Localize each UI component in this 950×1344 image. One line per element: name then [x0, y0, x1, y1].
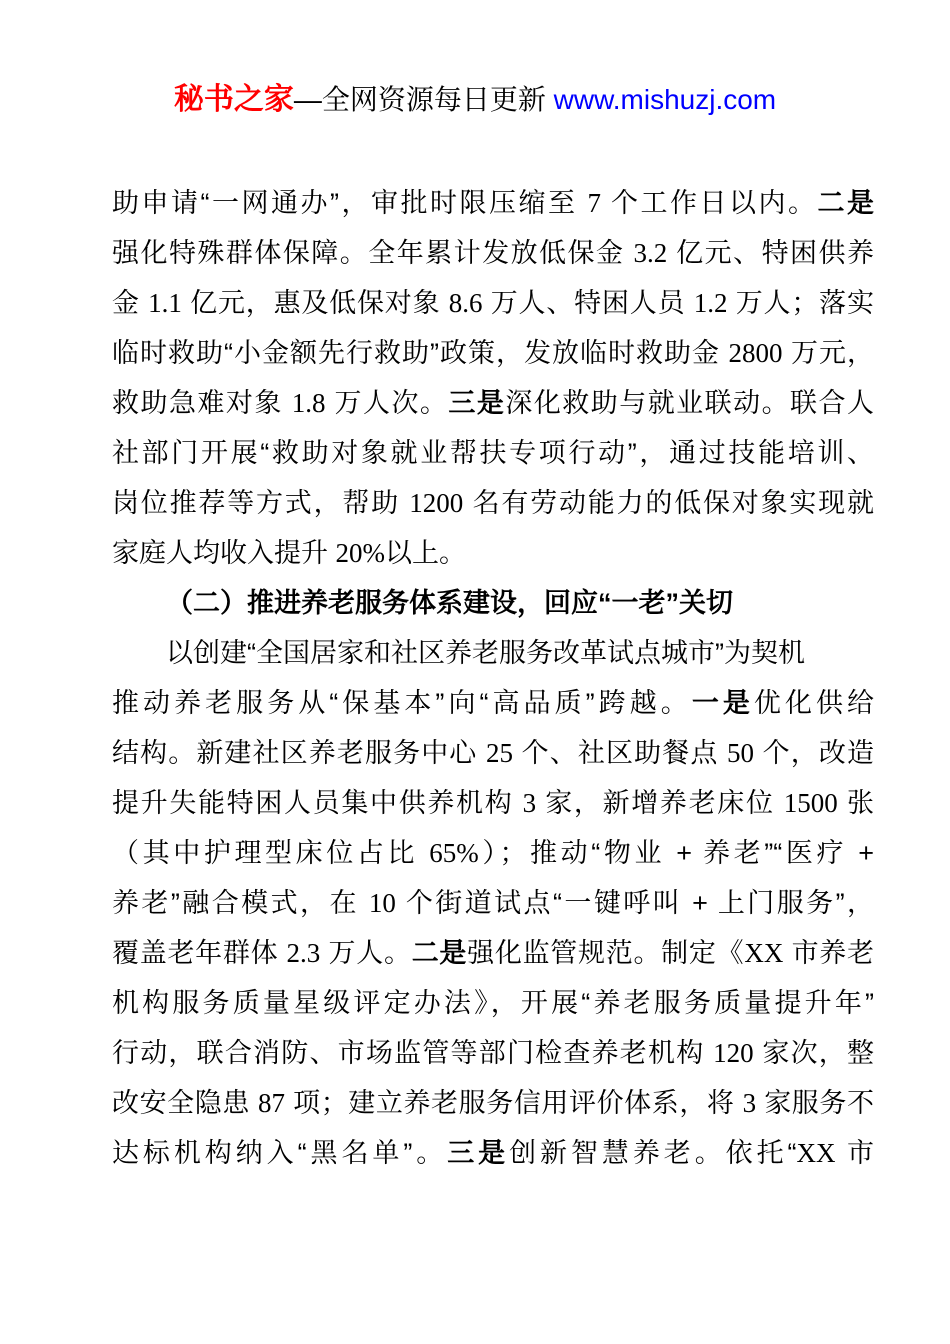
text-run: 强化特殊群体保障。全年累计发放低保金 3.2 亿元、特困供养: [112, 238, 874, 268]
text-run: 强化监管规范。制定《XX 市养老: [467, 938, 874, 968]
document-line: 机构服务质量星级评定办法》，开展“养老服务质量提升年”: [112, 978, 874, 1028]
document-body: 助申请“一网通办”，审批时限压缩至 7 个工作日以内。二是强化特殊群体保障。全年…: [112, 178, 874, 1178]
text-run: 临时救助“小金额先行救助”政策，发放临时救助金 2800 万元，: [112, 338, 874, 368]
text-run: 改安全隐患 87 项；建立养老服务信用评价体系，将 3 家服务不: [112, 1088, 874, 1118]
document-line: 家庭人均收入提升 20%以上。: [112, 528, 874, 578]
document-line: 助申请“一网通办”，审批时限压缩至 7 个工作日以内。二是: [112, 178, 874, 228]
document-line: 覆盖老年群体 2.3 万人。二是强化监管规范。制定《XX 市养老: [112, 928, 874, 978]
page-header: 秘书之家—全网资源每日更新 www.mishuzj.com: [0, 80, 950, 125]
document-line: 提升失能特困人员集中供养机构 3 家，新增养老床位 1500 张: [112, 778, 874, 828]
text-run: 深化救助与就业联动。联合人: [505, 388, 874, 418]
text-run: 提升失能特困人员集中供养机构 3 家，新增养老床位 1500 张: [112, 788, 874, 818]
text-run: 行动，联合消防、市场监管等部门检查养老机构 120 家次，整: [112, 1038, 874, 1068]
text-run: 助申请“一网通办”，审批时限压缩至 7 个工作日以内。: [112, 188, 818, 218]
site-url-link[interactable]: www.mishuzj.com: [554, 84, 776, 115]
site-tagline: —全网资源每日更新: [294, 84, 554, 115]
document-page: { "header": { "brand": "秘书之家", "tagline"…: [0, 0, 950, 1344]
text-run: （二）推进养老服务体系建设，回应“一老”关切: [166, 588, 733, 618]
document-line: 养老”融合模式，在 10 个街道试点“一键呼叫 + 上门服务”，: [112, 878, 874, 928]
text-run: 覆盖老年群体 2.3 万人。: [112, 938, 412, 968]
text-run: 二是: [818, 188, 875, 218]
text-run: 岗位推荐等方式，帮助 1200 名有劳动能力的低保对象实现就业，: [112, 488, 874, 528]
text-run: 一是: [692, 688, 754, 718]
document-line: （其中护理型床位占比 65%）；推动“物业 + 养老”“医疗 +: [112, 828, 874, 878]
document-line: 改安全隐患 87 项；建立养老服务信用评价体系，将 3 家服务不: [112, 1078, 874, 1128]
document-line: 强化特殊群体保障。全年累计发放低保金 3.2 亿元、特困供养: [112, 228, 874, 278]
document-line: 结构。新建社区养老服务中心 25 个、社区助餐点 50 个，改造: [112, 728, 874, 778]
text-run: 优化供给: [754, 688, 874, 718]
text-run: 机构服务质量星级评定办法》，开展“养老服务质量提升年”: [112, 988, 874, 1018]
text-run: 家庭人均收入提升 20%以上。: [112, 538, 466, 568]
document-line: 救助急难对象 1.8 万人次。三是深化救助与就业联动。联合人: [112, 378, 874, 428]
text-run: 推动养老服务从“保基本”向“高品质”跨越。: [112, 688, 692, 718]
document-line: 岗位推荐等方式，帮助 1200 名有劳动能力的低保对象实现就业，: [112, 478, 874, 528]
document-line: 达标机构纳入“黑名单”。三是创新智慧养老。依托“XX 市: [112, 1128, 874, 1178]
document-line: 行动，联合消防、市场监管等部门检查养老机构 120 家次，整: [112, 1028, 874, 1078]
document-line: 推动养老服务从“保基本”向“高品质”跨越。一是优化供给: [112, 678, 874, 728]
site-brand: 秘书之家: [174, 83, 294, 116]
text-run: 达标机构纳入“黑名单”。: [112, 1138, 447, 1168]
document-line: 临时救助“小金额先行救助”政策，发放临时救助金 2800 万元，: [112, 328, 874, 378]
text-run: 社部门开展“救助对象就业帮扶专项行动”，通过技能培训、: [112, 438, 874, 468]
text-run: 以创建“全国居家和社区养老服务改革试点城市”为契机: [166, 638, 805, 668]
text-run: 创新智慧养老。依托“XX 市: [509, 1138, 874, 1168]
text-run: 结构。新建社区养老服务中心 25 个、社区助餐点 50 个，改造: [112, 738, 874, 768]
document-line: 金 1.1 亿元，惠及低保对象 8.6 万人、特困人员 1.2 万人；落实: [112, 278, 874, 328]
text-run: 养老”融合模式，在 10 个街道试点“一键呼叫 + 上门服务”，: [112, 888, 874, 918]
text-run: 金 1.1 亿元，惠及低保对象 8.6 万人、特困人员 1.2 万人；落实: [112, 288, 874, 318]
text-run: （其中护理型床位占比 65%）；推动“物业 + 养老”“医疗 +: [112, 838, 874, 868]
text-run: 救助急难对象 1.8 万人次。: [112, 388, 448, 418]
text-run: 二是: [412, 938, 467, 968]
section-heading: （二）推进养老服务体系建设，回应“一老”关切: [112, 578, 874, 628]
document-line: 以创建“全国居家和社区养老服务改革试点城市”为契机: [112, 628, 874, 678]
text-run: 三是: [447, 1138, 509, 1168]
document-line: 社部门开展“救助对象就业帮扶专项行动”，通过技能培训、: [112, 428, 874, 478]
text-run: 三是: [448, 388, 505, 418]
